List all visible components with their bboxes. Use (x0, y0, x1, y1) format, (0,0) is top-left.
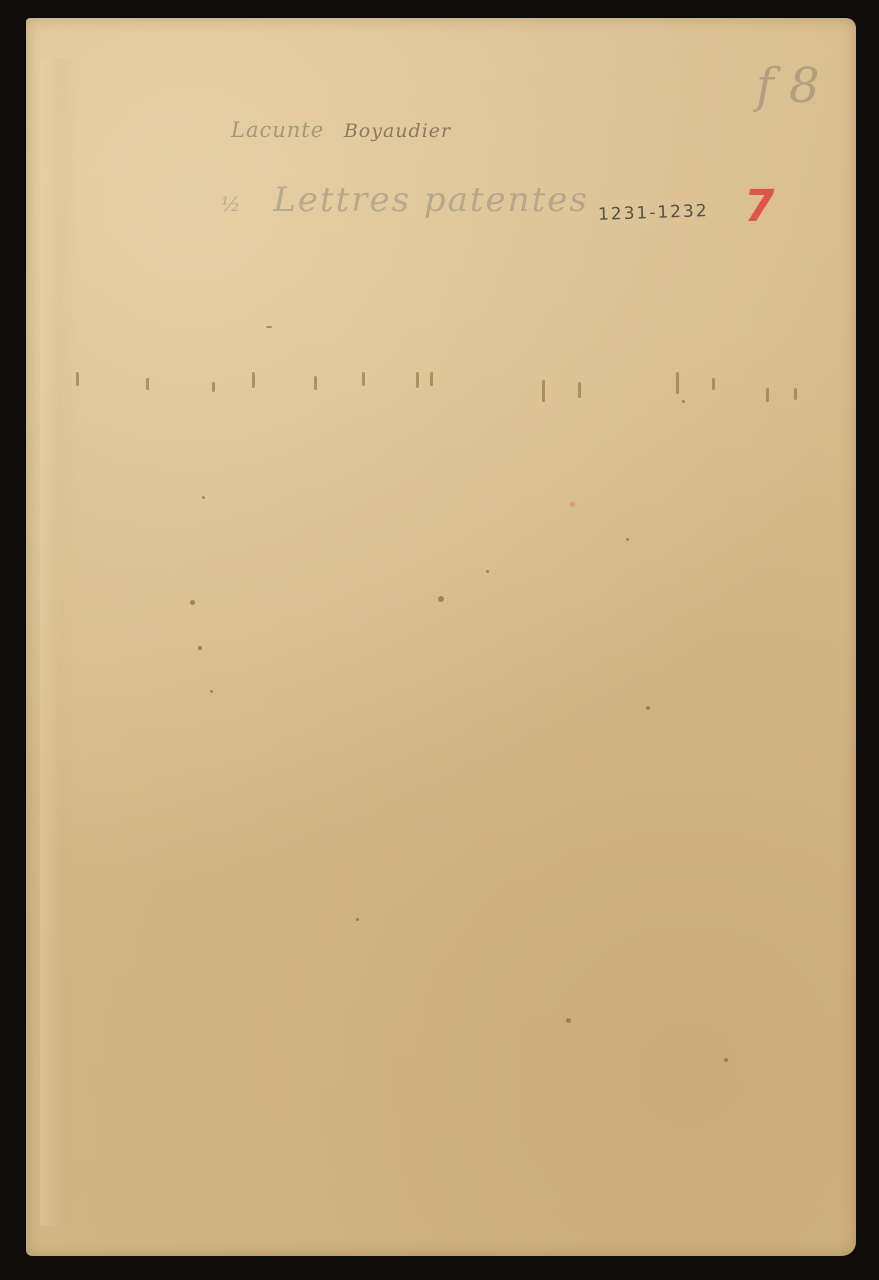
binding-mark (712, 378, 715, 390)
annotation-prefix: Lacunte (231, 118, 324, 142)
paper-speck (198, 646, 202, 650)
paper-speck (724, 1058, 728, 1062)
binding-mark (362, 372, 365, 386)
paper-speck (682, 400, 685, 403)
binding-mark (212, 382, 215, 392)
paper-speck (202, 496, 205, 499)
binding-mark (766, 388, 769, 402)
paper-speck (646, 706, 650, 710)
paper-speck (566, 1018, 571, 1023)
annotation-title: Lettres patentes (273, 180, 589, 220)
paper-speck (486, 570, 489, 573)
annotation-name: Boyaudier (344, 120, 451, 142)
binding-mark (676, 372, 679, 394)
paper-speck (570, 502, 575, 507)
binding-mark (146, 378, 149, 390)
binding-mark (578, 382, 581, 398)
folio-mark: f 8 (756, 58, 820, 114)
binding-mark (252, 372, 255, 388)
binding-mark (76, 372, 79, 386)
paper-speck (626, 538, 629, 541)
red-number-mark: 7 (740, 181, 780, 232)
pencil-annotation-line1: Lacunte Boyaudier (231, 118, 451, 142)
binding-mark (542, 380, 545, 402)
paper-speck (210, 690, 213, 693)
pencil-annotation-line2: ½ Lettres patentes (221, 180, 589, 220)
annotation-fraction: ½ (221, 192, 242, 216)
paper-speck (266, 326, 272, 328)
binding-mark (314, 376, 317, 390)
date-range: 1231-1232 (598, 201, 709, 225)
page-fold-shading (40, 58, 80, 1226)
paper-speck (190, 600, 195, 605)
paper-speck (356, 918, 359, 921)
document-page: f 8 Lacunte Boyaudier ½ Lettres patentes… (26, 18, 856, 1256)
binding-mark (416, 372, 419, 388)
binding-mark (794, 388, 797, 400)
binding-mark (430, 372, 433, 386)
paper-speck (438, 596, 444, 602)
